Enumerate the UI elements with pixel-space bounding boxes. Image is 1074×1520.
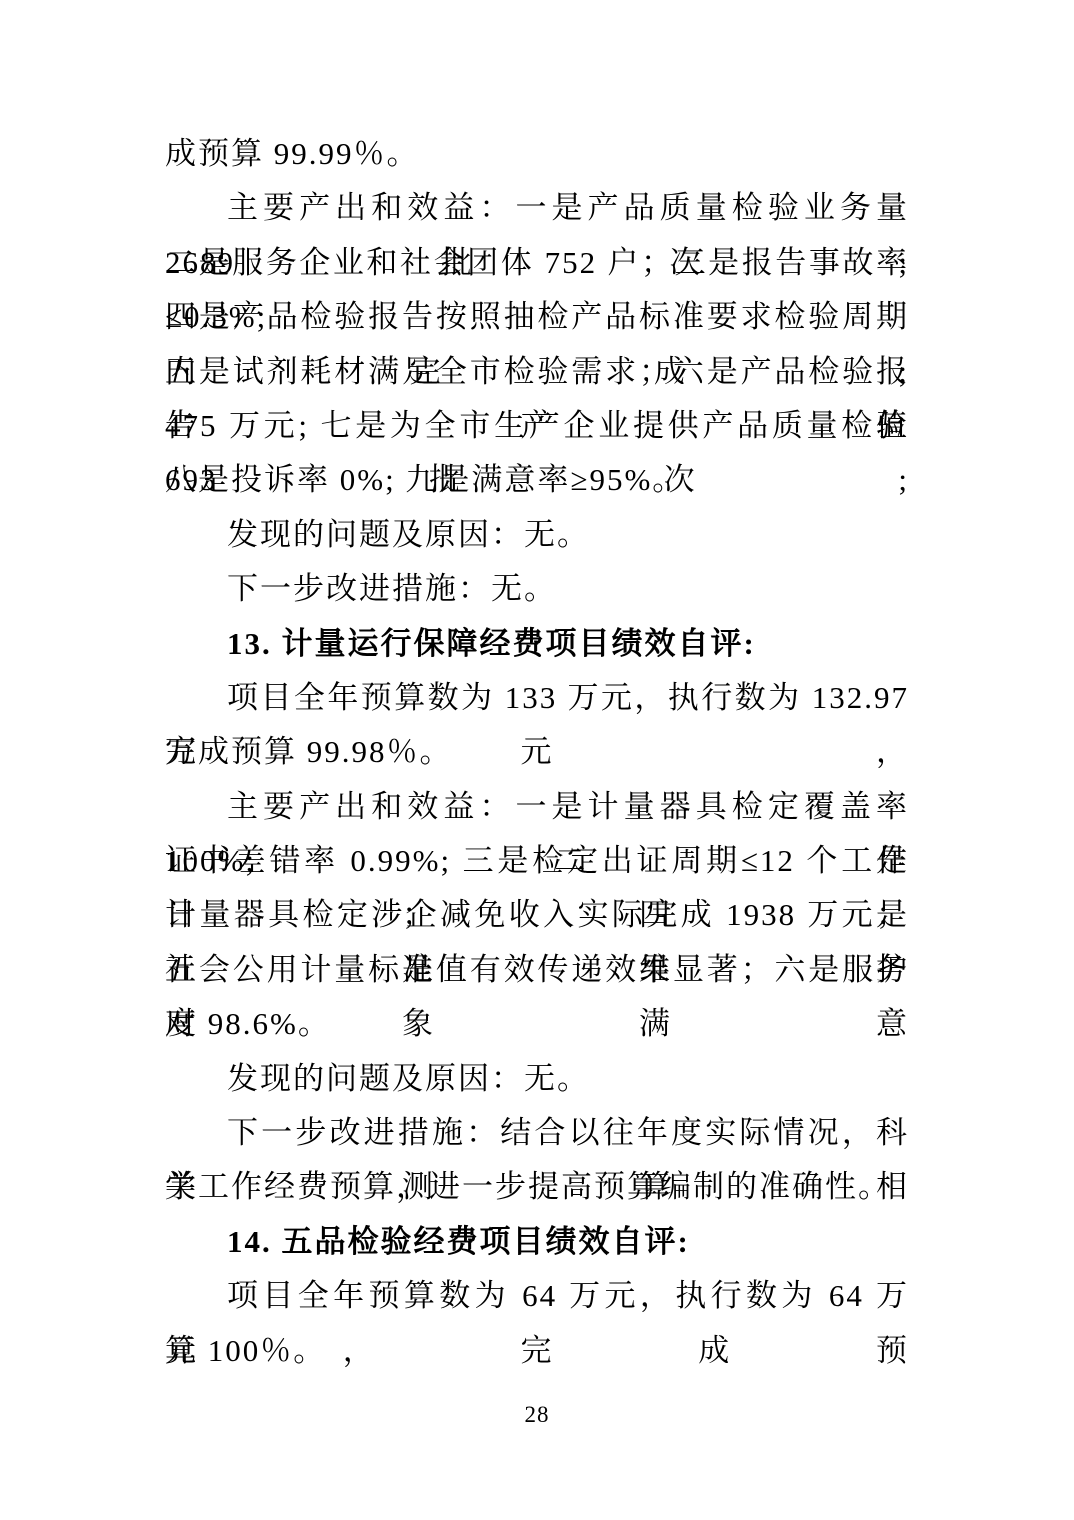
text-line: 二是服务企业和社会团体 752 户；三是报告事故率≤0.3%;	[165, 236, 909, 290]
section-heading: 13. 计量运行保障经费项目绩效自评:	[165, 617, 909, 671]
text-line: 发现的问题及原因：无。	[165, 1052, 909, 1106]
text-block: 成预算 99.99％。主要产出和效益：一是产品质量检验业务量 2689 批次;二…	[165, 127, 909, 1378]
text-line: 关工作经费预算，进一步提高预算编制的准确性。	[165, 1160, 909, 1214]
text-line: 计量器具检定涉企减免收入实际完成 1938 万元；五是维护	[165, 888, 909, 942]
text-line: 成预算 99.99％。	[165, 127, 909, 181]
text-line: 五是试剂耗材满足全市检验需求；六是产品检验报告产值	[165, 345, 909, 399]
page-number: 28	[0, 1402, 1074, 1428]
text-line: 证书差错率 0.99%; 三是检定出证周期≤12 个工作日；四是	[165, 834, 909, 888]
text-line: 475 万元; 七是为全市生产企业提供产品质量检验 693 批次;	[165, 399, 909, 453]
document-page: 成预算 99.99％。主要产出和效益：一是产品质量检验业务量 2689 批次;二…	[0, 0, 1074, 1520]
text-line: 社会公用计量标准值有效传递效果显著；六是服务对象满意	[165, 943, 909, 997]
text-line: 下一步改进措施：无。	[165, 562, 909, 616]
text-line: 主要产出和效益：一是产品质量检验业务量 2689 批次;	[165, 181, 909, 235]
text-line: 发现的问题及原因：无。	[165, 508, 909, 562]
text-line: 项目全年预算数为 133 万元，执行数为 132.97 万元，	[165, 671, 909, 725]
text-line: 项目全年预算数为 64 万元，执行数为 64 万元，完成预	[165, 1269, 909, 1323]
section-heading: 14. 五品检验经费项目绩效自评:	[165, 1215, 909, 1269]
text-line: 四是产品检验报告按照抽检产品标准要求检验周期内完成;	[165, 290, 909, 344]
text-line: 主要产出和效益：一是计量器具检定覆盖率 100%; 二是	[165, 780, 909, 834]
text-line: 下一步改进措施：结合以往年度实际情况，科学测算相	[165, 1106, 909, 1160]
